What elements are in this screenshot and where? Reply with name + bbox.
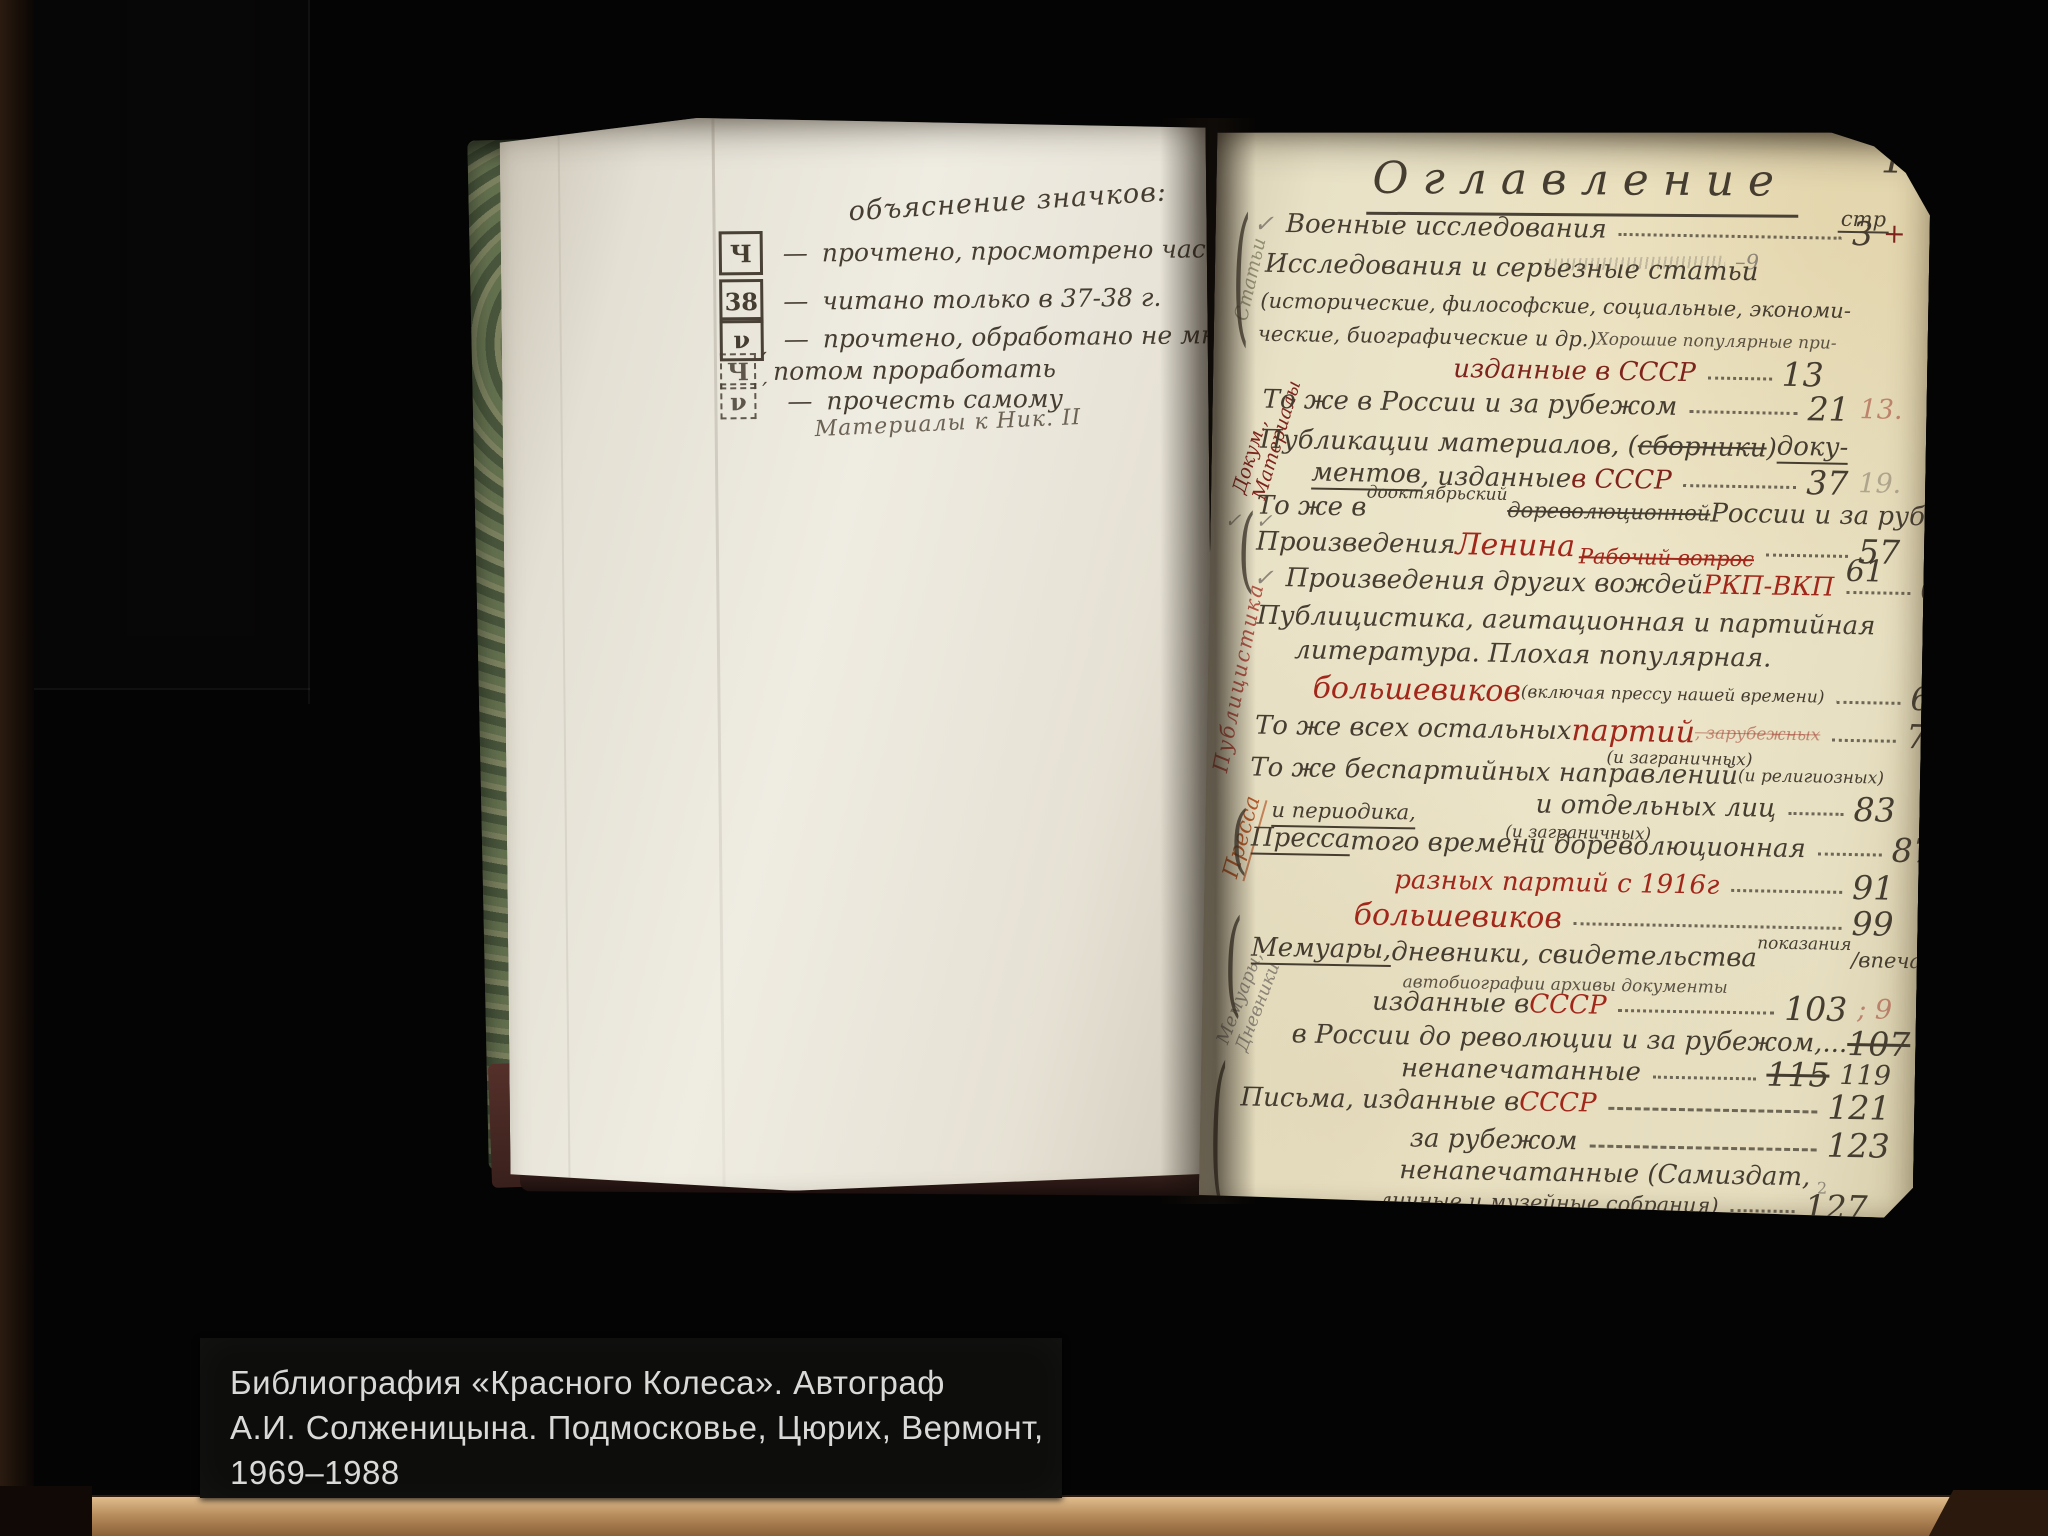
case-back-panel [34,0,310,690]
dot-leader [1766,553,1848,557]
toc-text: России и за рубежом [1710,499,2007,534]
legend-text: читано только в 37-38 г. [822,282,1161,315]
toc-page-number: 91 [1852,873,1895,904]
toc-row: Произведения ЛенинаРабочий вопрос57 [1256,527,1900,568]
display-case: объяснение значков: Ч—прочтено, просмотр… [0,0,2048,1536]
toc-text: ческие, биографические и др.) [1258,319,1597,355]
toc-page-correction: 119 [1920,1030,1972,1061]
toc-row: Пресса того времени дореволюционная87 [1251,823,1895,866]
check-icon: ✓ [1253,209,1274,239]
toc-page-number: 127 [1804,1192,1868,1223]
glass-reflection-horizontal [0,688,310,690]
dash: — [784,324,809,353]
toc-page-correction: ; 9 [1857,995,1892,1026]
toc-page-number: 121 [1827,1093,1891,1124]
dot-leader [1846,591,1910,595]
dot-leader [2019,522,2048,526]
toc-text: (включая прессу нашей времени) [1521,677,1825,712]
toc-page-number: 3 [1852,219,1874,249]
dot-leader [1708,376,1772,380]
caption-line-1: Библиография «Красного Колеса». Автограф [230,1360,1062,1405]
dot-leader [1818,852,1882,856]
toc-text: ненапечатанные [1401,1053,1641,1087]
toc-text: Пресса [1251,823,1351,857]
toc-text: РКП-ВКП [1703,570,1834,602]
case-frame-bottom-wood [0,1497,2048,1536]
toc-page-correction: 19. [1858,469,1901,500]
dot-leader [1689,410,1797,415]
toc-text: СССР [1519,1087,1597,1118]
toc-row: То же всех остальных партий, зарубежных7… [1255,711,1897,752]
page-number: 1 [1881,137,1906,181]
toc-page-correction: 13. [1859,395,1902,426]
dash: — [787,386,812,415]
toc-row: литература. Плохая популярная. [1294,635,1772,673]
group-brace: ( [1208,1034,1229,1228]
toc-page-number: 77 [1906,722,1949,753]
caption-line-2: А.И. Солженицына. Подмосковье, Цюрих, Ве… [230,1405,1062,1450]
legend-symbol: ν [720,383,756,419]
toc-row: изданные в СССР13 [1453,354,1903,392]
group-brace: ( [1224,897,1243,1030]
toc-text: доку- [1777,432,1849,465]
dot-leader [1619,233,1842,240]
toc-text: большевиков [1312,674,1521,708]
toc-text: Ленина [1455,530,1575,562]
glass-reflection-vertical [308,0,310,704]
toc-text: То же в России и за рубежом [1262,385,1677,422]
dot-leader [1618,1009,1774,1015]
toc-text: Публикации материалов, ( [1260,425,1638,462]
toc-page-number: 87 [1891,836,1934,867]
toc-text: изданные в СССР [1453,354,1696,388]
toc-text: дореволюционной [1507,495,1711,529]
toc-text: сборники [1638,431,1767,463]
legend-row: Ч—прочтено, просмотрено частично [719,225,1293,275]
toc-page-number: 13 [1781,360,1824,391]
toc-text: того времени дореволюционная [1350,826,1806,864]
caption-plate: Библиография «Красного Колеса». Автограф… [200,1338,1062,1498]
dot-leader [1684,484,1797,489]
dot-leader [1730,1209,1794,1213]
toc-page-number: 103 [1784,994,1848,1025]
corner-pencil-number: 2 [1817,1178,1828,1197]
prime-mark: ′ [762,378,767,403]
toc-row: изданные в СССР103; 9 [1372,987,1892,1026]
toc-text: в СССР [1571,464,1672,496]
toc-text: Произведения других вождей [1285,563,1703,600]
page-crease [557,115,570,1193]
dot-leader [1731,889,1842,894]
caption-line-3: 1969–1988 [230,1450,1062,1495]
toc-row: большевиков (включая прессу нашей времен… [1312,674,1897,714]
toc-text: Произведения [1256,527,1456,560]
toc-page-number: 21 [1807,394,1850,425]
toc-text: литература. Плохая популярная. [1294,635,1772,673]
dot-leader [1836,701,1900,705]
dot-leader [1788,812,1843,816]
toc-text: Мемуары, [1251,933,1392,967]
toc-row: разных партий с 1916г91 [1394,865,1894,904]
dot-leader [1608,1107,1817,1114]
toc-page-number: 83 [1853,795,1896,826]
toc-text: показания [1757,928,1852,960]
group-brace: ( [1230,796,1249,883]
legend-title: объяснение значков: [848,176,1168,227]
toc-text: в России до революции и за рубежом,... [1291,1019,1847,1059]
toc-text: Военные исследования [1286,209,1607,245]
toc-text: разных партий с 1916г [1394,865,1719,901]
legend-list: Ч—прочтено, просмотрено частично38—читан… [499,108,1205,115]
check-icon: ✓ [1253,563,1274,593]
toc-text: То же в [1257,491,1367,523]
toc-text: личные и музейные собрания) [1378,1185,1718,1221]
case-frame-bottom-left-corner [0,1486,92,1536]
dot-leader [1653,1076,1757,1081]
toc-text: (и религиозных) [1738,761,1885,794]
toc-text: СССР [1529,989,1607,1020]
toc-text: большевиков [1353,900,1562,934]
group-brace: ( [1231,189,1251,363]
toc-page-number: 115 [1766,1060,1830,1091]
toc-list: ✓Военные исследования3+–9Исследования и … [1218,122,1932,134]
legend-text: прочтено, обработано не мною [823,319,1255,353]
toc-row: личные и музейные собрания)127 [1378,1185,1888,1224]
toc-text: То же всех остальных [1255,711,1572,747]
toc-page-number: 99 [1851,909,1894,940]
prime-mark: ′ [762,348,767,373]
toc-title: Оглавление [1366,153,1798,218]
legend-symbol: Ч [719,231,763,275]
dot-leader [1589,1144,1816,1151]
toc-page-number: 65 [1920,574,1963,605]
toc-row: ✓Произведения других вождей РКП-ВКП65 [1253,563,1899,604]
dash: — [783,286,808,315]
toc-text: Письма, изданные в [1240,1082,1519,1117]
right-page: 1 Оглавление стр Статьи Докум., Материал… [1199,122,1932,1218]
toc-row: То же беспартийных направлений (и религи… [1250,753,1884,794]
toc-page-number: 69 [1910,684,1953,715]
toc-text: изданные в [1372,987,1530,1020]
toc-text: ) [1766,433,1777,463]
dot-leader [1832,739,1896,743]
case-frame-left [0,0,34,1536]
toc-page-correction: 72 [1962,685,1997,716]
left-page: объяснение значков: Ч—прочтено, просмотр… [499,108,1216,1193]
toc-page-number: 37 [1806,468,1849,499]
toc-page-correction: + [1883,219,1906,249]
toc-page-number: 123 [1826,1131,1890,1162]
toc-text: за рубежом [1410,1123,1578,1156]
toc-text: дооктябрьский [1366,478,1507,510]
toc-text: /впечатления [1851,945,2009,978]
toc-text: Хорошие популярные при- [1596,325,1836,359]
dash: — [783,238,808,267]
toc-page-number: 107 [1847,1029,1911,1060]
toc-row: ческие, биографические и др.) Хорошие по… [1258,319,1837,359]
